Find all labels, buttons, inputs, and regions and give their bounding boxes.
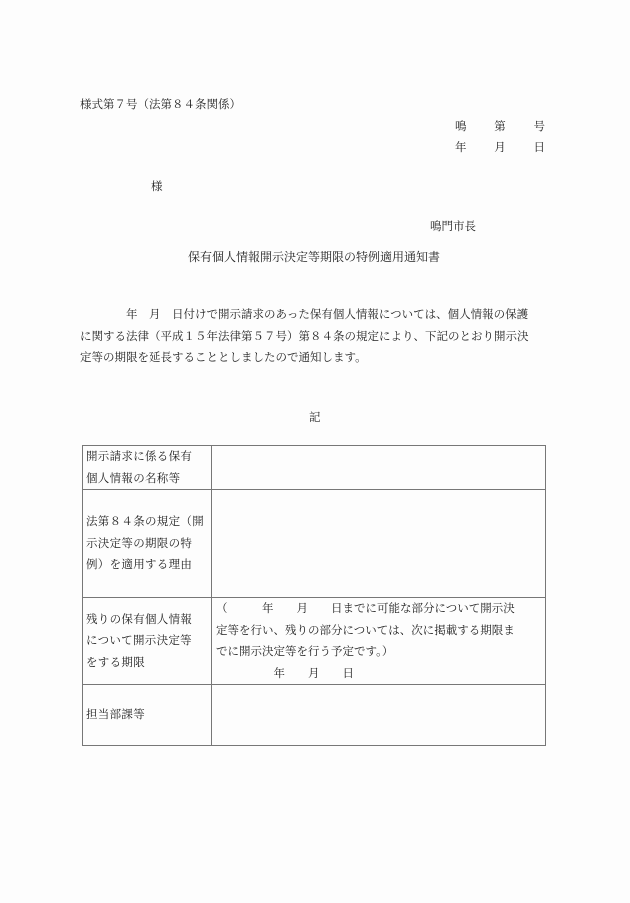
deadline-line: 定等を行い、残りの部分については、次に掲載する期限ま <box>216 620 542 642</box>
ki-heading: 記 <box>309 409 321 425</box>
reference-number-row: 鳴 第 号 <box>455 118 545 134</box>
reference-dai: 第 <box>494 118 506 134</box>
date-month: 月 <box>494 139 506 155</box>
deadline-date-line: 年 月 日 <box>216 663 542 685</box>
table-row-reason: 法第８４条の規定（開 示決定等の期限の特 例）を適用する理由 <box>83 490 546 598</box>
table-row-deadline: 残りの保有個人情報 について開示決定等 をする期限 （ 年 月 日までに可能な部… <box>83 598 546 685</box>
label-cell: 担当部課等 <box>83 685 212 746</box>
addressee: 様 <box>151 178 163 194</box>
label-line: 担当部課等 <box>86 704 208 726</box>
table-row-department: 担当部課等 <box>83 685 546 746</box>
label-line: 開示請求に係る保有 <box>86 446 208 468</box>
label-line: 例）を適用する理由 <box>86 554 208 576</box>
label-cell: 残りの保有個人情報 について開示決定等 をする期限 <box>83 598 212 685</box>
deadline-line: （ 年 月 日までに可能な部分について開示決 <box>216 598 542 620</box>
deadline-line: でに開示決定等を行う予定です。） <box>216 641 542 663</box>
label-line: をする期限 <box>86 652 208 674</box>
sender-name: 鳴門市長 <box>430 218 476 234</box>
reference-prefix: 鳴 <box>455 118 467 134</box>
date-year: 年 <box>455 139 467 155</box>
reason-value-cell[interactable] <box>212 490 546 598</box>
table-row-info-name: 開示請求に係る保有 個人情報の名称等 <box>83 446 546 490</box>
label-line: 個人情報の名称等 <box>86 468 208 490</box>
reference-date-row: 年 月 日 <box>455 139 545 155</box>
details-table: 開示請求に係る保有 個人情報の名称等 法第８４条の規定（開 示決定等の期限の特 … <box>82 445 546 746</box>
body-line: に関する法律（平成１５年法律第５７号）第８４条の規定により、下記のとおり開示決 <box>80 326 550 348</box>
body-paragraph: 年 月 日付けで開示請求のあった保有個人情報については、個人情報の保護 に関する… <box>80 304 550 369</box>
body-line: 年 月 日付けで開示請求のあった保有個人情報については、個人情報の保護 <box>80 304 550 326</box>
form-number: 様式第７号（法第８４条関係） <box>80 96 241 112</box>
label-line: 法第８４条の規定（開 <box>86 511 208 533</box>
document-title: 保有個人情報開示決定等期限の特例適用通知書 <box>188 248 440 265</box>
department-value-cell[interactable] <box>212 685 546 746</box>
deadline-value-cell[interactable]: （ 年 月 日までに可能な部分について開示決 定等を行い、残りの部分については、… <box>212 598 546 685</box>
label-line: について開示決定等 <box>86 630 208 652</box>
info-name-value-cell[interactable] <box>212 446 546 490</box>
date-day: 日 <box>534 139 546 155</box>
label-cell: 法第８４条の規定（開 示決定等の期限の特 例）を適用する理由 <box>83 490 212 598</box>
label-line: 示決定等の期限の特 <box>86 533 208 555</box>
body-line: 定等の期限を延長することとしましたので通知します。 <box>80 347 550 369</box>
reference-go: 号 <box>534 118 546 134</box>
label-line: 残りの保有個人情報 <box>86 609 208 631</box>
label-cell: 開示請求に係る保有 個人情報の名称等 <box>83 446 212 490</box>
